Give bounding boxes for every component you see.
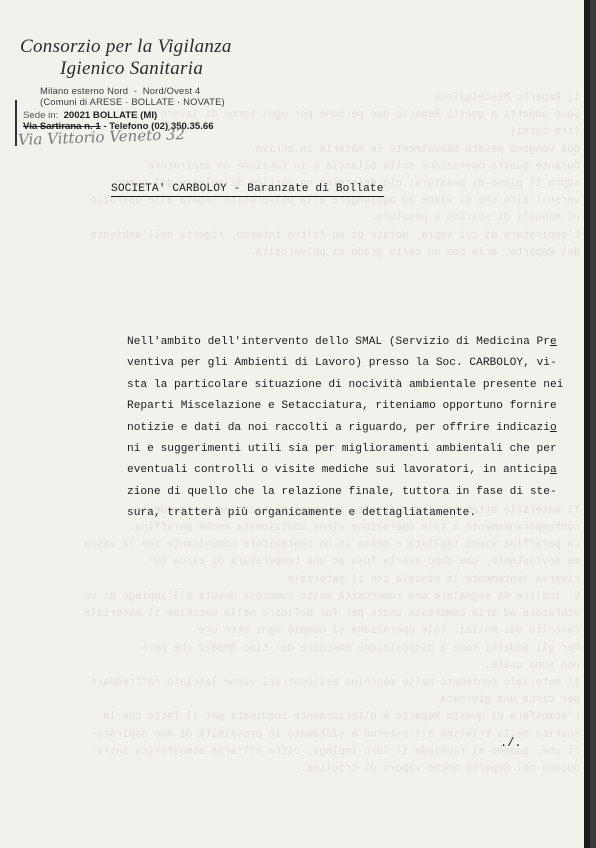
bleed-line: La paraffina viene tagliata e messa in u… — [80, 537, 580, 554]
body-line: eventuali controlli o visite mediche sui… — [127, 460, 577, 481]
body-line-text: sta la particolare situazione di nocivit… — [127, 379, 563, 391]
letterhead-seat: Sede in: 20021 BOLLATE (MI) — [23, 110, 157, 121]
bleed-line: vibratore ad aria compressa usato per fa… — [80, 606, 580, 623]
hyphenation-underline: o — [550, 422, 557, 434]
bleed-line: non sono usate. — [80, 658, 580, 675]
bleed-line: Il materiale contenuto nelle macchine es… — [80, 675, 580, 692]
page-edge — [584, 0, 590, 848]
bleed-line — [80, 314, 580, 331]
body-line: zione di quello che la relazione finale,… — [127, 482, 577, 503]
bleed-line: Per gli addetti sono a disposizione masc… — [80, 641, 580, 658]
bleed-line — [80, 262, 580, 279]
letterhead-communes: (Comuni di ARESE · BOLLATE · NOVATE) — [40, 96, 225, 107]
body-line-text: notizie e dati da noi raccolti a riguard… — [127, 422, 550, 434]
bleed-line: ma sovrastante, che dopo averla fusa ad … — [80, 554, 580, 571]
letterhead-org-line1: Consorzio per la Vigilanza — [20, 36, 232, 58]
bleed-line: E' inoltre da segnalare una rumorosità m… — [80, 589, 580, 606]
body-line: sura, tratterà più organicamente e detta… — [127, 503, 577, 524]
bleed-line: L'atmosfera di questo Reparto è ulterior… — [80, 709, 580, 726]
bleed-line: raccolto dai mulini: tale operazione si … — [80, 623, 580, 640]
body-line-text: eventuali controlli o visite mediche sui… — [127, 464, 550, 476]
bleed-line — [80, 279, 580, 296]
hyphenation-underline: e — [550, 336, 557, 348]
body-line: notizie e dati da noi raccolti a riguard… — [127, 418, 577, 439]
bleed-line: riversa lentamente la miscela con il mat… — [80, 572, 580, 589]
letterhead-district: Milano esterno Nord - Nord/Ovest 4 — [40, 85, 200, 96]
seat-label: Sede in: — [23, 110, 58, 121]
hyphenation-underline: a — [550, 464, 557, 476]
bleed-line: ducono nel Reparto anche vapori di triel… — [80, 761, 580, 778]
body-line: Reparti Miscelazione e Setacciatura, rit… — [127, 396, 577, 417]
bleed-line: Qui vengono pesate manualmente le materi… — [80, 142, 580, 159]
bleed-line: L'aspiratore di cui sopra, dotato di un … — [80, 228, 580, 245]
bleed-line: del Reparto, aria con un certo grado di … — [80, 245, 580, 262]
bleed-line: Durante questa operazione sulla bilancia… — [80, 159, 580, 176]
body-line-text: zione di quello che la relazione finale,… — [127, 486, 557, 498]
body-line-text: ventiva per gli Ambienti di Lavoro) pres… — [127, 357, 557, 369]
body-line: Nell'ambito dell'intervento dello SMAL (… — [127, 332, 577, 353]
body-paragraph: Nell'ambito dell'intervento dello SMAL (… — [127, 332, 577, 525]
body-line: ni e suggerimenti utili sia per migliora… — [127, 439, 577, 460]
letterhead-org-line2: Igienico Sanitaria — [60, 58, 203, 80]
body-line-text: Nell'ambito dell'intervento dello SMAL (… — [127, 336, 550, 348]
continuation-mark: ./. — [500, 736, 522, 750]
seat-value: 20021 BOLLATE (MI) — [64, 110, 158, 121]
bleed-line: per circa una giornata. — [80, 692, 580, 709]
body-line-text: Reparti Miscelazione e Setacciatura, rit… — [127, 400, 557, 412]
body-line: sta la particolare situazione di nocivit… — [127, 375, 577, 396]
document-subject: SOCIETA' CARBOLOY - Baranzate di Bollate — [111, 183, 384, 197]
body-line: ventiva per gli Ambienti di Lavoro) pres… — [127, 353, 577, 374]
body-line-text: ni e suggerimenti utili sia per migliora… — [127, 443, 557, 455]
margin-mark — [15, 100, 17, 146]
body-line-text: sura, tratterà più organicamente e detta… — [127, 507, 476, 519]
document-page: 1) Reparto MiscelazioneSono addetti a qu… — [0, 0, 590, 848]
bleed-line — [80, 296, 580, 313]
bleed-line: ni manuali di scarico e pesatura. — [80, 210, 580, 227]
